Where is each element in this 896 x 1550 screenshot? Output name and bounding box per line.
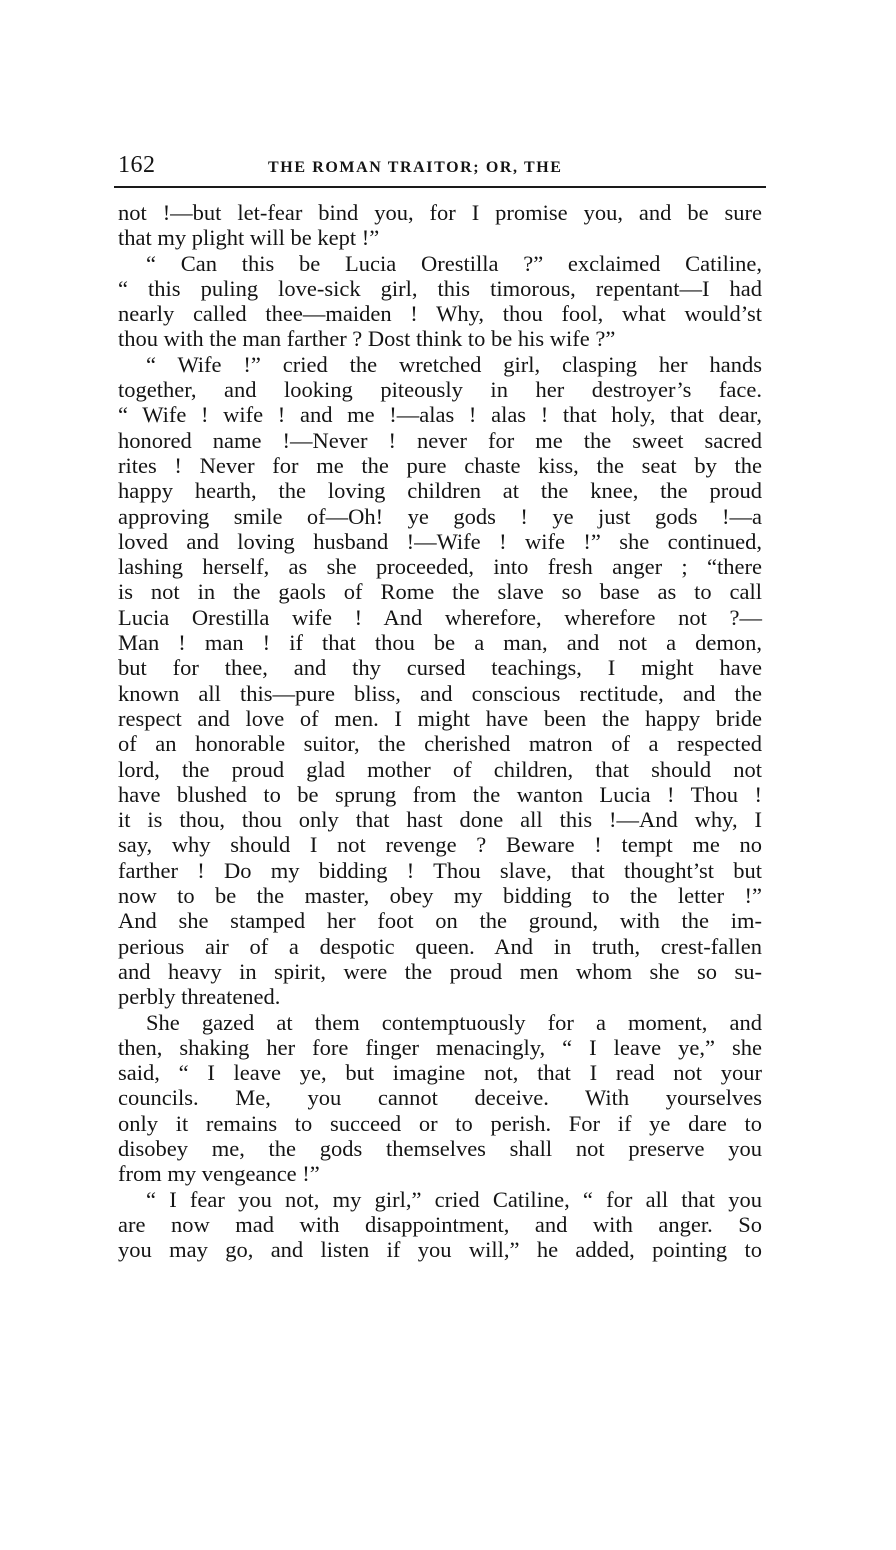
text-line: “ Wife ! wife ! and me !—alas ! alas ! t… [118,402,762,427]
text-line: then, shaking her fore finger menacingly… [118,1035,762,1060]
text-line: say, why should I not revenge ? Beware !… [118,832,762,857]
header-rule [114,186,766,188]
text-line: of an honorable suitor, the cherished ma… [118,731,762,756]
text-line: perious air of a despotic queen. And in … [118,934,762,959]
text-line: said, “ I leave ye, but imagine not, tha… [118,1060,762,1085]
text-line: only it remains to succeed or to perish.… [118,1111,762,1136]
text-line: from my vengeance !” [118,1161,762,1186]
text-line: have blushed to be sprung from the wanto… [118,782,762,807]
running-title: THE ROMAN TRAITOR; OR, THE [268,153,563,183]
text-line: together, and looking piteously in her d… [118,377,762,402]
text-line: farther ! Do my bidding ! Thou slave, th… [118,858,762,883]
text-line: lashing herself, as she proceeded, into … [118,554,762,579]
text-line: And she stamped her foot on the ground, … [118,908,762,933]
text-line: respect and love of men. I might have be… [118,706,762,731]
text-line: not !—but let-fear bind you, for I promi… [118,200,762,225]
text-line: disobey me, the gods themselves shall no… [118,1136,762,1161]
text-line: that my plight will be kept !” [118,225,762,250]
text-line: “ I fear you not, my girl,” cried Catili… [118,1187,762,1212]
text-line: nearly called thee—maiden ! Why, thou fo… [118,301,762,326]
text-line: happy hearth, the loving children at the… [118,478,762,503]
text-line: known all this—pure bliss, and conscious… [118,681,762,706]
text-line: Lucia Orestilla wife ! And wherefore, wh… [118,605,762,630]
text-line: rites ! Never for me the pure chaste kis… [118,453,762,478]
text-line: are now mad with disappointment, and wit… [118,1212,762,1237]
text-line: loved and loving husband !—Wife ! wife !… [118,529,762,554]
running-header: 162 THE ROMAN TRAITOR; OR, THE [118,150,762,180]
text-line: Man ! man ! if that thou be a man, and n… [118,630,762,655]
text-line: “ this puling love-sick girl, this timor… [118,276,762,301]
book-page: 162 THE ROMAN TRAITOR; OR, THE not !—but… [118,150,762,1262]
text-line: but for thee, and thy cursed teachings, … [118,655,762,680]
text-line: you may go, and listen if you will,” he … [118,1237,762,1262]
body-text: not !—but let-fear bind you, for I promi… [118,200,762,1262]
text-line: honored name !—Never ! never for me the … [118,428,762,453]
text-line: perbly threatened. [118,984,762,1009]
text-line: is not in the gaols of Rome the slave so… [118,579,762,604]
page-number: 162 [118,150,156,180]
text-line: and heavy in spirit, were the proud men … [118,959,762,984]
text-line: She gazed at them contemptuously for a m… [118,1010,762,1035]
text-line: now to be the master, obey my bidding to… [118,883,762,908]
text-line: “ Wife !” cried the wretched girl, clasp… [118,352,762,377]
text-line: thou with the man farther ? Dost think t… [118,326,762,351]
text-line: approving smile of—Oh! ye gods ! ye just… [118,504,762,529]
text-line: councils. Me, you cannot deceive. With y… [118,1085,762,1110]
text-line: lord, the proud glad mother of children,… [118,757,762,782]
text-line: “ Can this be Lucia Orestilla ?” exclaim… [118,251,762,276]
text-line: it is thou, thou only that hast done all… [118,807,762,832]
